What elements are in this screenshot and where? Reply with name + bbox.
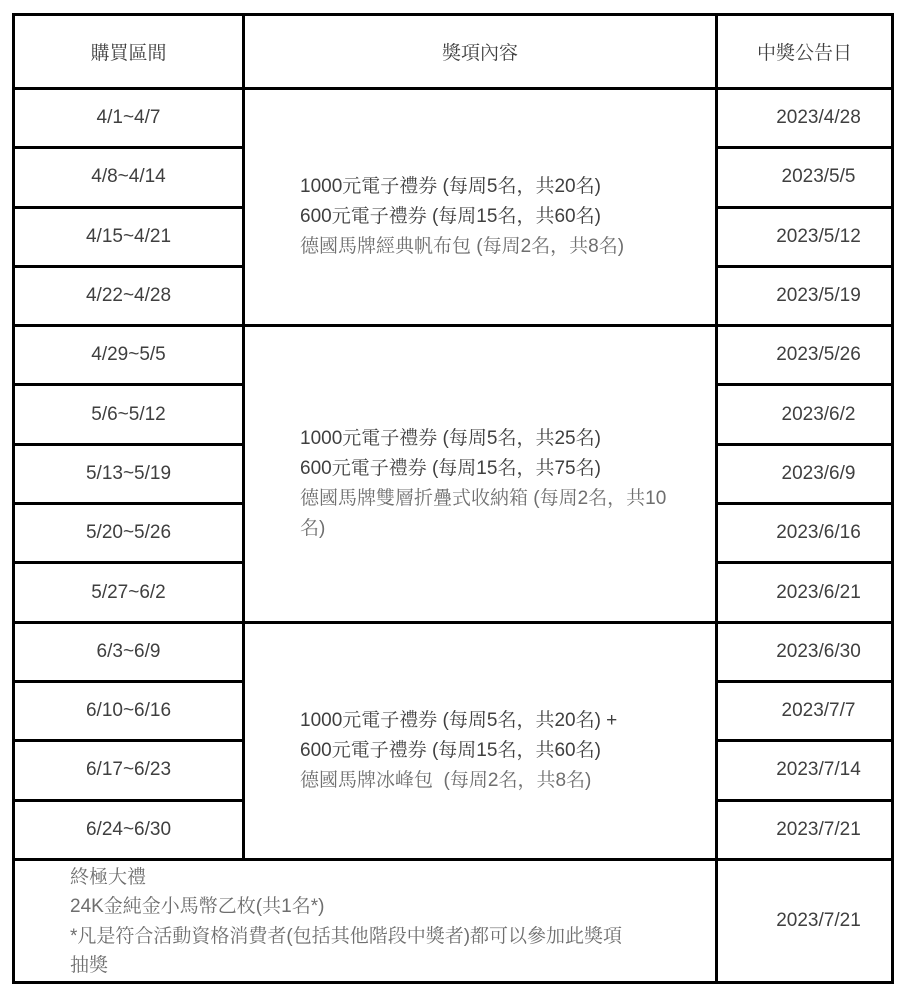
prize-line: 1000元電子禮券 (每周5名，共20名) + [300, 706, 713, 736]
announce-cell: 2023/6/30 [717, 622, 893, 681]
period-cell: 6/10~6/16 [14, 681, 244, 740]
announce-cell: 2023/6/9 [717, 444, 893, 503]
table-row: 4/1~4/7 1000元電子禮券 (每周5名，共20名) 600元電子禮券 (… [14, 89, 893, 148]
announce-cell: 2023/7/21 [717, 800, 893, 859]
period-cell: 4/1~4/7 [14, 89, 244, 148]
prize-line: 600元電子禮券 (每周15名，共75名) [300, 454, 713, 484]
prize-line: 1000元電子禮券 (每周5名，共25名) [300, 424, 713, 454]
header-prize-content: 獎項內容 [244, 15, 717, 89]
announce-cell: 2023/7/7 [717, 681, 893, 740]
announce-cell: 2023/6/2 [717, 385, 893, 444]
prize-cell-block1: 1000元電子禮券 (每周5名，共20名) 600元電子禮券 (每周15名，共6… [244, 89, 717, 326]
prize-cell-block2: 1000元電子禮券 (每周5名，共25名) 600元電子禮券 (每周15名，共7… [244, 326, 717, 622]
period-cell: 6/17~6/23 [14, 741, 244, 800]
period-cell: 5/6~5/12 [14, 385, 244, 444]
period-cell: 4/29~5/5 [14, 326, 244, 385]
period-cell: 6/24~6/30 [14, 800, 244, 859]
prize-line: 名) [300, 514, 713, 544]
prize-line: 德國馬牌冰峰包 (每周2名，共8名) [300, 766, 713, 796]
header-row: 購買區間 獎項內容 中獎公告日 [14, 15, 893, 89]
prize-line: 德國馬牌雙層折疊式收納箱 (每周2名，共10 [300, 484, 713, 514]
period-cell: 4/22~4/28 [14, 266, 244, 325]
period-cell: 4/15~4/21 [14, 207, 244, 266]
announce-cell: 2023/5/26 [717, 326, 893, 385]
announce-cell: 2023/5/5 [717, 148, 893, 207]
announce-cell: 2023/5/12 [717, 207, 893, 266]
prize-schedule-page: 購買區間 獎項內容 中獎公告日 4/1~4/7 1000元電子禮券 (每周5名，… [0, 0, 907, 986]
final-row: 終極大禮 24K金純金小馬幣乙枚(共1名*) *凡是符合活動資格消費者(包括其他… [14, 859, 893, 982]
period-cell: 5/27~6/2 [14, 563, 244, 622]
announce-cell: 2023/7/21 [717, 859, 893, 982]
grand-prize-line: 抽獎 [70, 951, 713, 981]
prize-line: 600元電子禮券 (每周15名，共60名) [300, 736, 713, 766]
table-row: 4/29~5/5 1000元電子禮券 (每周5名，共25名) 600元電子禮券 … [14, 326, 893, 385]
announce-cell: 2023/6/16 [717, 504, 893, 563]
header-purchase-period: 購買區間 [14, 15, 244, 89]
announce-cell: 2023/7/14 [717, 741, 893, 800]
prize-line: 德國馬牌經典帆布包 (每周2名，共8名) [300, 232, 713, 262]
grand-prize-line: 24K金純金小馬幣乙枚(共1名*) [70, 892, 713, 922]
period-cell: 6/3~6/9 [14, 622, 244, 681]
table-row: 6/3~6/9 1000元電子禮券 (每周5名，共20名) + 600元電子禮券… [14, 622, 893, 681]
grand-prize-line: *凡是符合活動資格消費者(包括其他階段中獎者)都可以參加此獎項 [70, 922, 713, 952]
prize-schedule-table: 購買區間 獎項內容 中獎公告日 4/1~4/7 1000元電子禮券 (每周5名，… [12, 13, 894, 984]
period-cell: 5/13~5/19 [14, 444, 244, 503]
announce-cell: 2023/4/28 [717, 89, 893, 148]
announce-cell: 2023/6/21 [717, 563, 893, 622]
period-cell: 5/20~5/26 [14, 504, 244, 563]
grand-prize-line: 終極大禮 [70, 863, 713, 893]
header-announce-date: 中獎公告日 [717, 15, 893, 89]
announce-cell: 2023/5/19 [717, 266, 893, 325]
grand-prize-cell: 終極大禮 24K金純金小馬幣乙枚(共1名*) *凡是符合活動資格消費者(包括其他… [14, 859, 717, 982]
period-cell: 4/8~4/14 [14, 148, 244, 207]
prize-line: 1000元電子禮券 (每周5名，共20名) [300, 172, 713, 202]
prize-line: 600元電子禮券 (每周15名，共60名) [300, 202, 713, 232]
prize-cell-block3: 1000元電子禮券 (每周5名，共20名) + 600元電子禮券 (每周15名，… [244, 622, 717, 859]
